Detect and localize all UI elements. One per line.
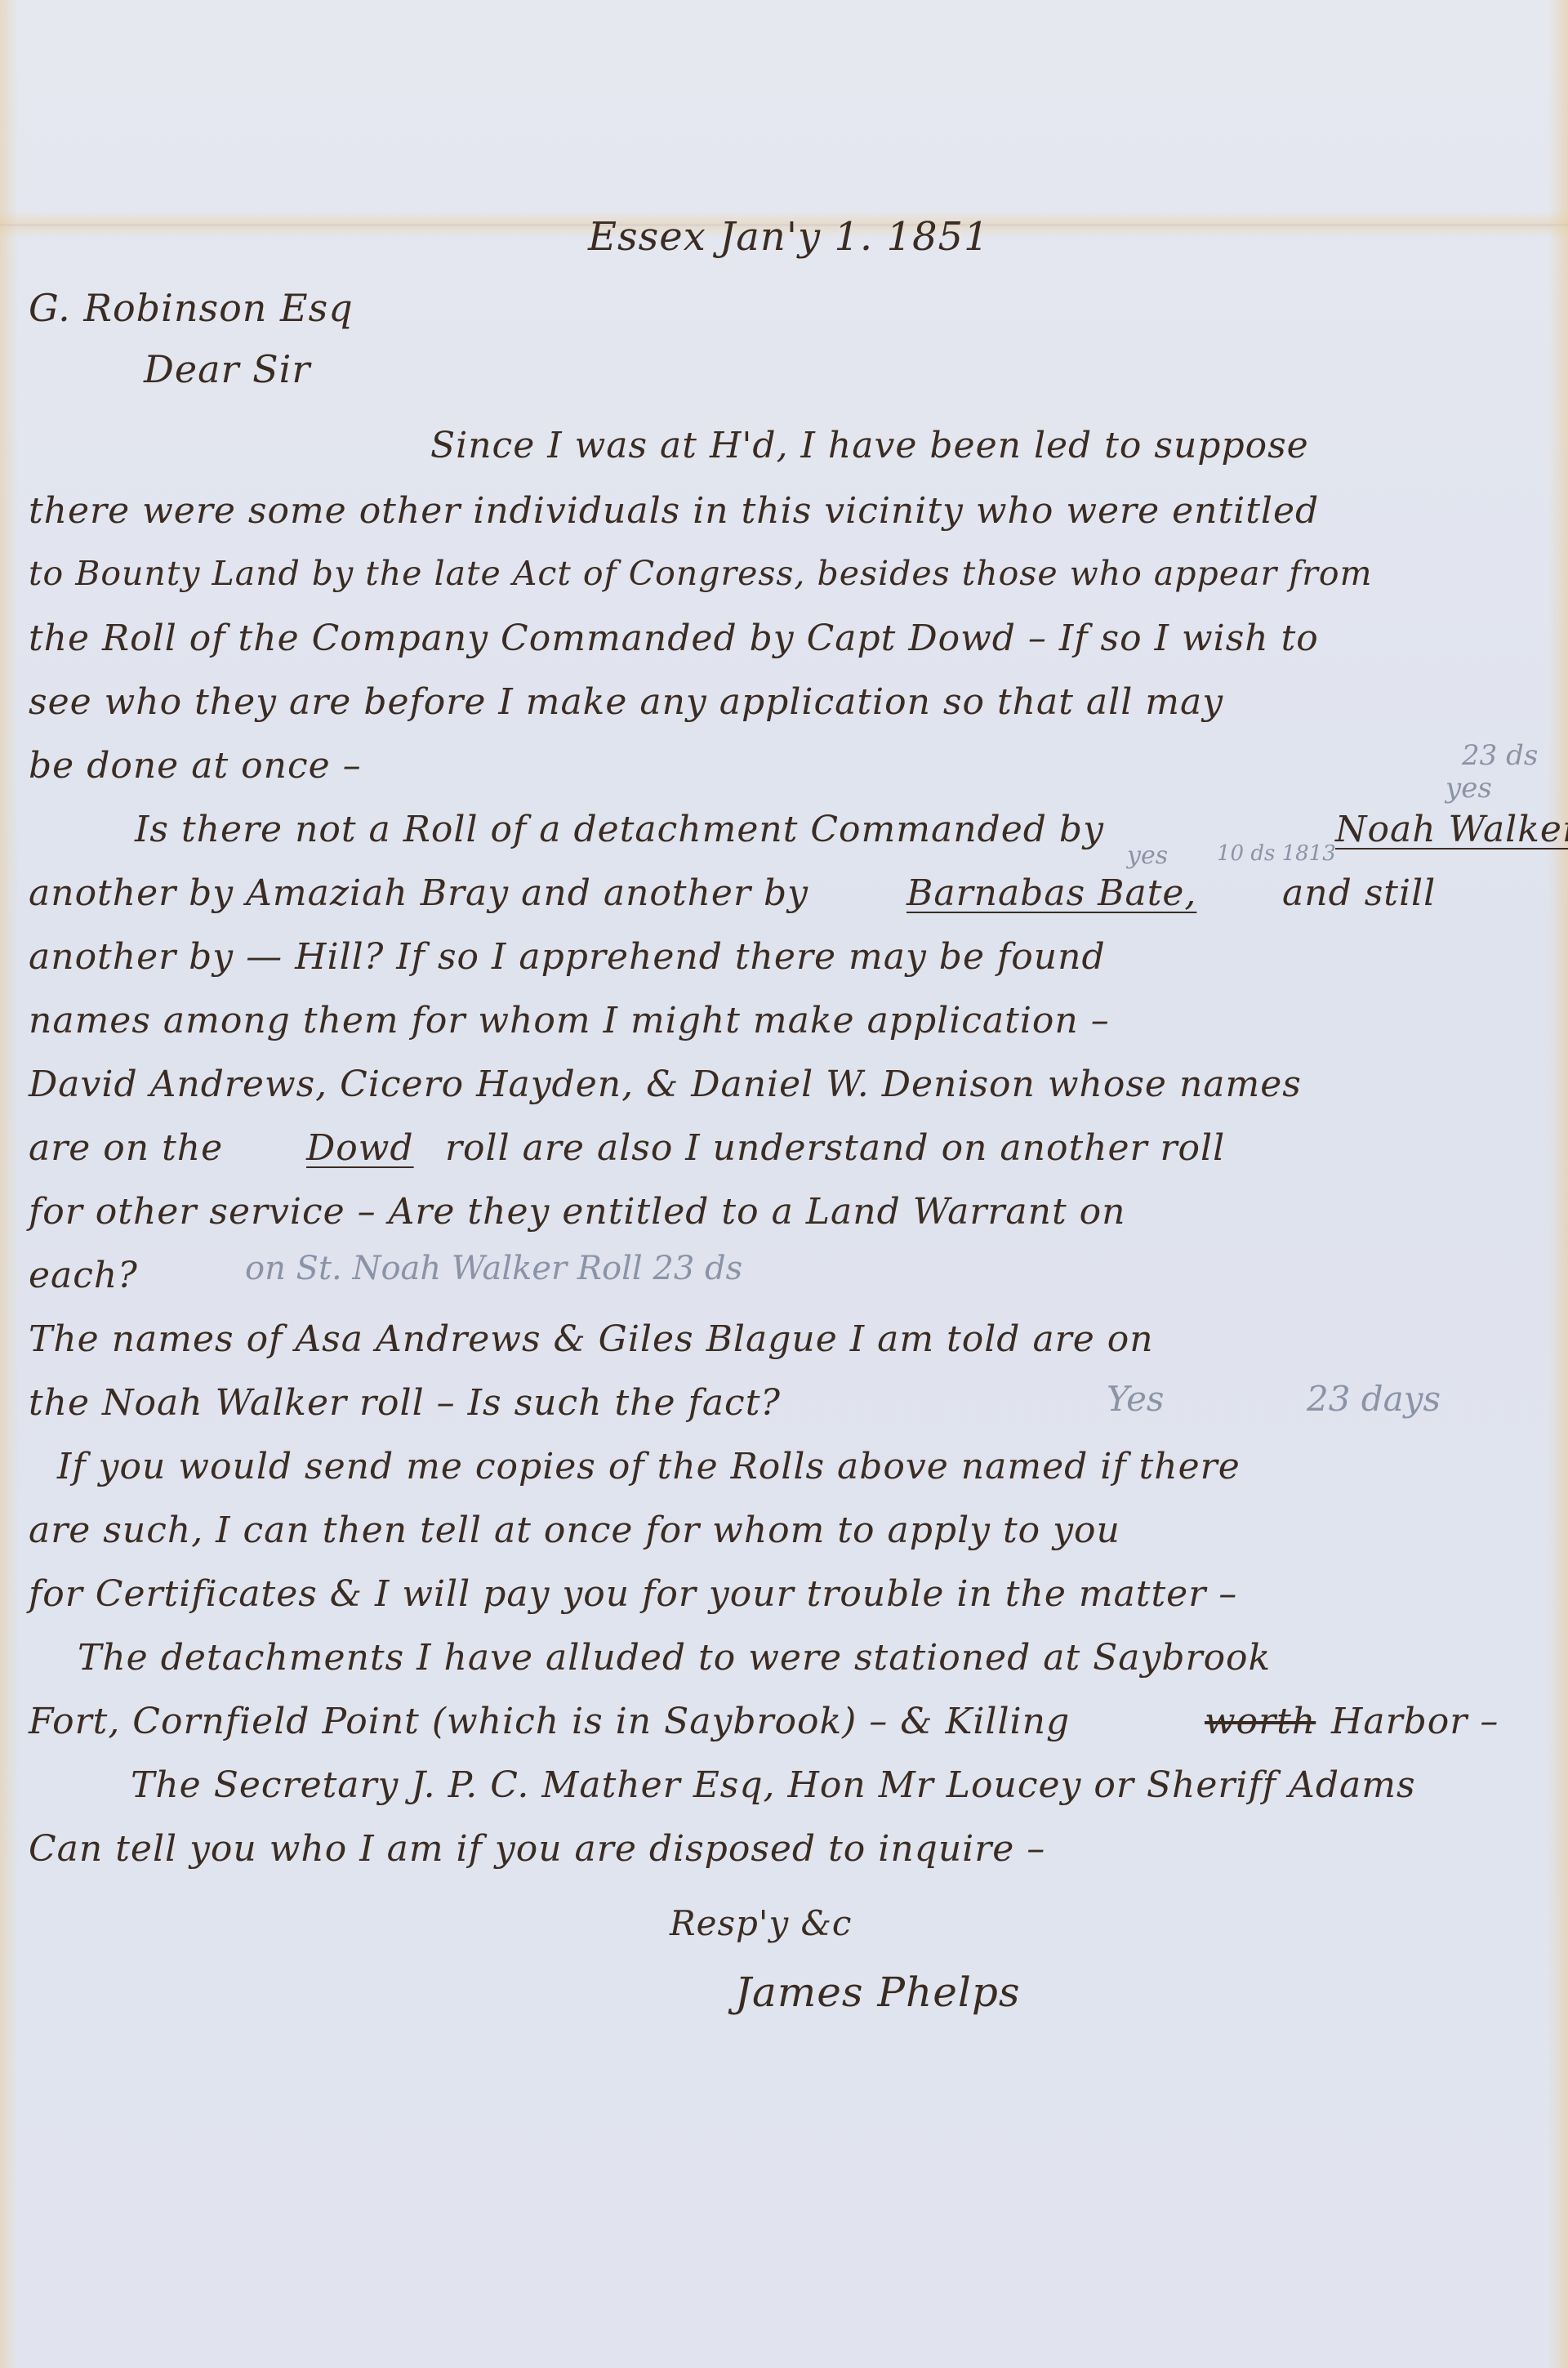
pencil-note-yes: yes bbox=[1445, 772, 1492, 805]
body-line: roll are also I understand on another ro… bbox=[445, 1127, 1225, 1169]
body-line: see who they are before I make any appli… bbox=[29, 681, 1223, 723]
closing: Resp'y &c bbox=[670, 1903, 852, 1943]
body-line: the Noah Walker roll – Is such the fact? bbox=[29, 1382, 781, 1424]
dateline: Essex Jan'y 1. 1851 bbox=[588, 214, 990, 260]
name-barnabas-bate: Barnabas Bate, bbox=[906, 872, 1196, 914]
name-dowd: Dowd bbox=[306, 1127, 414, 1169]
body-line: Can tell you who I am if you are dispose… bbox=[29, 1828, 1045, 1870]
body-line: names among them for whom I might make a… bbox=[29, 1000, 1110, 1041]
body-line: Since I was at H'd, I have been led to s… bbox=[430, 425, 1309, 466]
pencil-note-walker-roll: on St. Noah Walker Roll 23 ds bbox=[245, 1250, 742, 1287]
body-line: the Roll of the Company Commanded by Cap… bbox=[29, 618, 1319, 659]
body-line: Harbor – bbox=[1331, 1701, 1499, 1742]
body-line: David Andrews, Cicero Hayden, & Daniel W… bbox=[29, 1064, 1302, 1105]
salutation: Dear Sir bbox=[144, 347, 310, 391]
body-line: The Secretary J. P. C. Mather Esq, Hon M… bbox=[131, 1764, 1416, 1806]
name-noah-walker: Noah Walker bbox=[1335, 809, 1568, 850]
signature: James Phelps bbox=[735, 1969, 1021, 2016]
body-line: each? bbox=[29, 1255, 138, 1296]
body-line: another by Amaziah Bray and another by bbox=[29, 872, 808, 914]
body-line: are such, I can then tell at once for wh… bbox=[29, 1510, 1120, 1551]
body-line: If you would send me copies of the Rolls… bbox=[57, 1446, 1241, 1487]
struck-text: worth bbox=[1205, 1701, 1316, 1742]
pencil-note-23ds: 23 ds bbox=[1462, 739, 1538, 772]
pencil-note-23days: 23 days bbox=[1307, 1379, 1441, 1419]
letter-page: Essex Jan'y 1. 1851 G. Robinson Esq Dear… bbox=[0, 0, 1568, 2368]
body-line: be done at once – bbox=[29, 745, 362, 787]
body-line: there were some other individuals in thi… bbox=[29, 490, 1319, 532]
pencil-note-yes-2: yes bbox=[1127, 841, 1168, 870]
body-line: another by — Hill? If so I apprehend the… bbox=[29, 936, 1106, 978]
body-line: to Bounty Land by the late Act of Congre… bbox=[29, 554, 1372, 593]
pencil-note-yes-3: Yes bbox=[1107, 1379, 1165, 1419]
body-line: The detachments I have alluded to were s… bbox=[78, 1637, 1271, 1679]
body-line: for other service – Are they entitled to… bbox=[29, 1191, 1126, 1233]
body-line: Fort, Cornfield Point (which is in Saybr… bbox=[29, 1701, 1070, 1742]
body-line: for Certificates & I will pay you for yo… bbox=[29, 1573, 1237, 1615]
addressee: G. Robinson Esq bbox=[29, 286, 354, 330]
body-line: The names of Asa Andrews & Giles Blague … bbox=[29, 1318, 1154, 1360]
body-line: and still bbox=[1282, 872, 1436, 914]
body-line: Is there not a Roll of a detachment Comm… bbox=[135, 809, 1104, 850]
body-line: are on the bbox=[29, 1127, 223, 1169]
pencil-note-10ds-1813: 10 ds 1813 bbox=[1217, 841, 1336, 866]
